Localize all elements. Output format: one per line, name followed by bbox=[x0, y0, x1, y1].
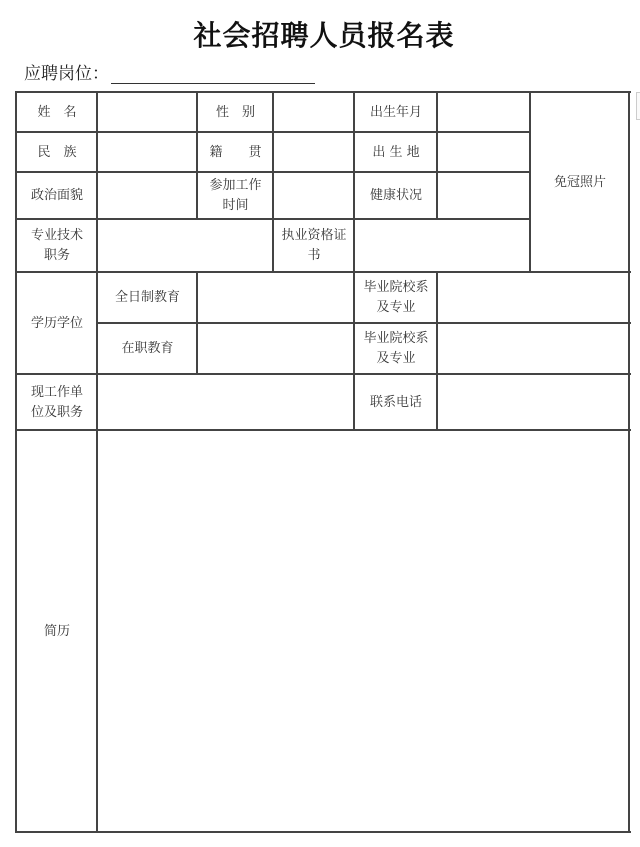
health-field[interactable] bbox=[438, 173, 530, 219]
photo-label: 免冠照片 bbox=[554, 173, 606, 193]
photo-area[interactable]: 免冠照片 bbox=[531, 93, 629, 272]
grid-line bbox=[436, 271, 438, 431]
applied-post-label: 应聘岗位： bbox=[24, 59, 109, 84]
name-label: 姓 名 bbox=[17, 93, 97, 132]
qualification-label-line2: 书 bbox=[307, 246, 320, 266]
grid-line bbox=[628, 91, 630, 833]
grid-line bbox=[16, 91, 631, 93]
inservice-education-field[interactable] bbox=[198, 324, 354, 374]
gender-label: 性 别 bbox=[198, 93, 273, 132]
grid-line bbox=[16, 831, 631, 833]
work-start-label: 参加工作 时间 bbox=[198, 173, 273, 219]
fulltime-school-label: 毕业院校系 及专业 bbox=[355, 273, 437, 323]
ethnicity-field[interactable] bbox=[98, 133, 197, 172]
applied-post-field[interactable] bbox=[111, 63, 315, 84]
grid-line bbox=[96, 91, 98, 833]
phone-label: 联系电话 bbox=[355, 375, 437, 430]
qualification-label: 执业资格证 书 bbox=[274, 220, 354, 272]
qualification-field[interactable] bbox=[355, 220, 530, 272]
fulltime-education-label: 全日制教育 bbox=[98, 273, 197, 323]
birthplace-field[interactable] bbox=[438, 133, 530, 172]
grid-line bbox=[196, 271, 198, 375]
grid-line bbox=[272, 91, 274, 273]
political-status-field[interactable] bbox=[98, 173, 197, 219]
form-title: 社会招聘人员报名表 bbox=[0, 14, 640, 54]
phone-field[interactable] bbox=[438, 375, 629, 430]
health-label: 健康状况 bbox=[355, 173, 437, 219]
native-place-field[interactable] bbox=[274, 133, 354, 172]
qualification-label-line1: 执业资格证 bbox=[281, 226, 346, 246]
gender-field[interactable] bbox=[274, 93, 354, 132]
tech-title-label: 专业技术 职务 bbox=[17, 220, 97, 272]
inservice-education-label: 在职教育 bbox=[98, 324, 197, 374]
inservice-school-label-line1: 毕业院校系 bbox=[363, 329, 428, 349]
grid-line bbox=[16, 373, 631, 375]
applied-post-row: 应聘岗位： bbox=[24, 60, 315, 84]
political-status-label: 政治面貌 bbox=[17, 173, 97, 219]
grid-line bbox=[196, 91, 198, 220]
fulltime-school-label-line1: 毕业院校系 bbox=[363, 278, 428, 298]
work-start-label-line1: 参加工作 bbox=[209, 176, 261, 196]
birthplace-label: 出 生 地 bbox=[355, 133, 437, 172]
grid-line bbox=[15, 91, 17, 833]
fulltime-education-field[interactable] bbox=[198, 273, 354, 323]
tech-title-label-line1: 专业技术 bbox=[31, 226, 83, 246]
side-scroll-tab[interactable] bbox=[636, 92, 640, 120]
current-job-label-line1: 现工作单 bbox=[31, 383, 83, 403]
work-start-field[interactable] bbox=[274, 173, 354, 219]
work-start-label-line2: 时间 bbox=[222, 196, 248, 216]
inservice-school-label-line2: 及专业 bbox=[376, 349, 415, 369]
inservice-school-field[interactable] bbox=[438, 324, 629, 374]
resume-field[interactable] bbox=[98, 431, 629, 832]
current-job-label-line2: 位及职务 bbox=[31, 403, 83, 423]
current-job-field[interactable] bbox=[98, 375, 354, 430]
grid-line bbox=[529, 91, 531, 273]
birth-date-field[interactable] bbox=[438, 93, 530, 132]
grid-line bbox=[436, 91, 438, 220]
current-job-label: 现工作单 位及职务 bbox=[17, 375, 97, 430]
inservice-school-label: 毕业院校系 及专业 bbox=[355, 324, 437, 374]
fulltime-school-label-line2: 及专业 bbox=[376, 298, 415, 318]
tech-title-field[interactable] bbox=[98, 220, 273, 272]
resume-label: 简历 bbox=[17, 431, 97, 832]
tech-title-label-line2: 职务 bbox=[44, 246, 70, 266]
education-label: 学历学位 bbox=[17, 273, 97, 374]
grid-line bbox=[353, 91, 355, 431]
native-place-label: 籍 贯 bbox=[198, 133, 273, 172]
ethnicity-label: 民 族 bbox=[17, 133, 97, 172]
grid-line bbox=[97, 322, 631, 324]
birth-date-label: 出生年月 bbox=[355, 93, 437, 132]
fulltime-school-field[interactable] bbox=[438, 273, 629, 323]
grid-line bbox=[16, 271, 631, 273]
name-field[interactable] bbox=[98, 93, 197, 132]
grid-line bbox=[16, 429, 631, 431]
